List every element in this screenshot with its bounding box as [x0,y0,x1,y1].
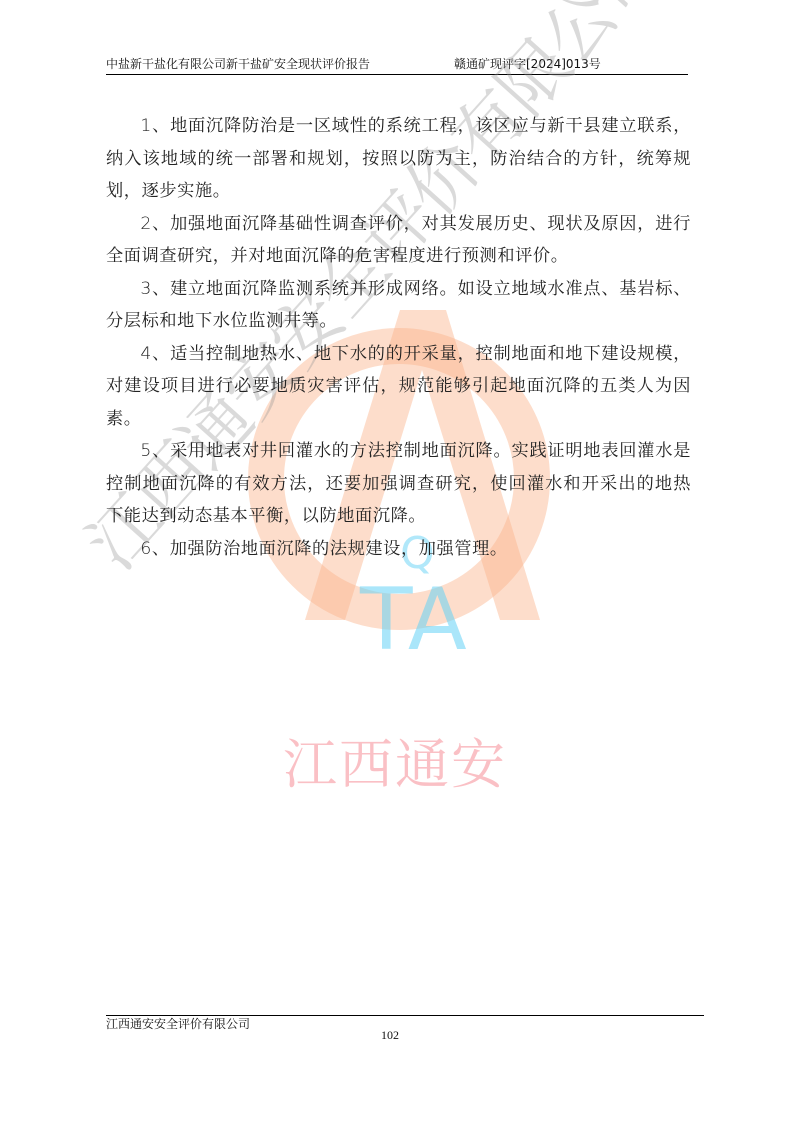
paragraph-1: 1、地面沉降防治是一区域性的系统工程，该区应与新干县建立联系，纳入该地域的统一部… [106,110,691,208]
paragraph-5: 5、采用地表对井回灌水的方法控制地面沉降。实践证明地表回灌水是控制地面沉降的有效… [106,435,691,533]
paragraph-6: 6、加强防治地面沉降的法规建设，加强管理。 [106,533,691,566]
paragraph-2: 2、加强地面沉降基础性调查评价，对其发展历史、现状及原因，进行全面调查研究，并对… [106,208,691,273]
report-number: 赣通矿现评字[2024]013号 [454,56,601,72]
paragraph-3: 3、建立地面沉降监测系统并形成网络。如设立地域水准点、基岩标、分层标和地下水位监… [106,273,691,338]
watermark-ta-letters: TA [360,570,469,670]
watermark-company-name: 江西通安 [283,722,507,799]
page-header: 中盐新干盐化有限公司新干盐矿安全现状评价报告 赣通矿现评字[2024]013号 [106,56,688,75]
body-text: 1、地面沉降防治是一区域性的系统工程，该区应与新干县建立联系，纳入该地域的统一部… [106,110,691,565]
report-title: 中盐新干盐化有限公司新干盐矿安全现状评价报告 [106,56,370,72]
paragraph-4: 4、适当控制地热水、地下水的的开采量，控制地面和地下建设规模，对建设项目进行必要… [106,338,691,436]
document-page: 中盐新干盐化有限公司新干盐矿安全现状评价报告 赣通矿现评字[2024]013号 … [0,0,793,1122]
footer-company: 江西通安安全评价有限公司 [106,1015,250,1032]
page-number: 102 [381,1028,399,1043]
